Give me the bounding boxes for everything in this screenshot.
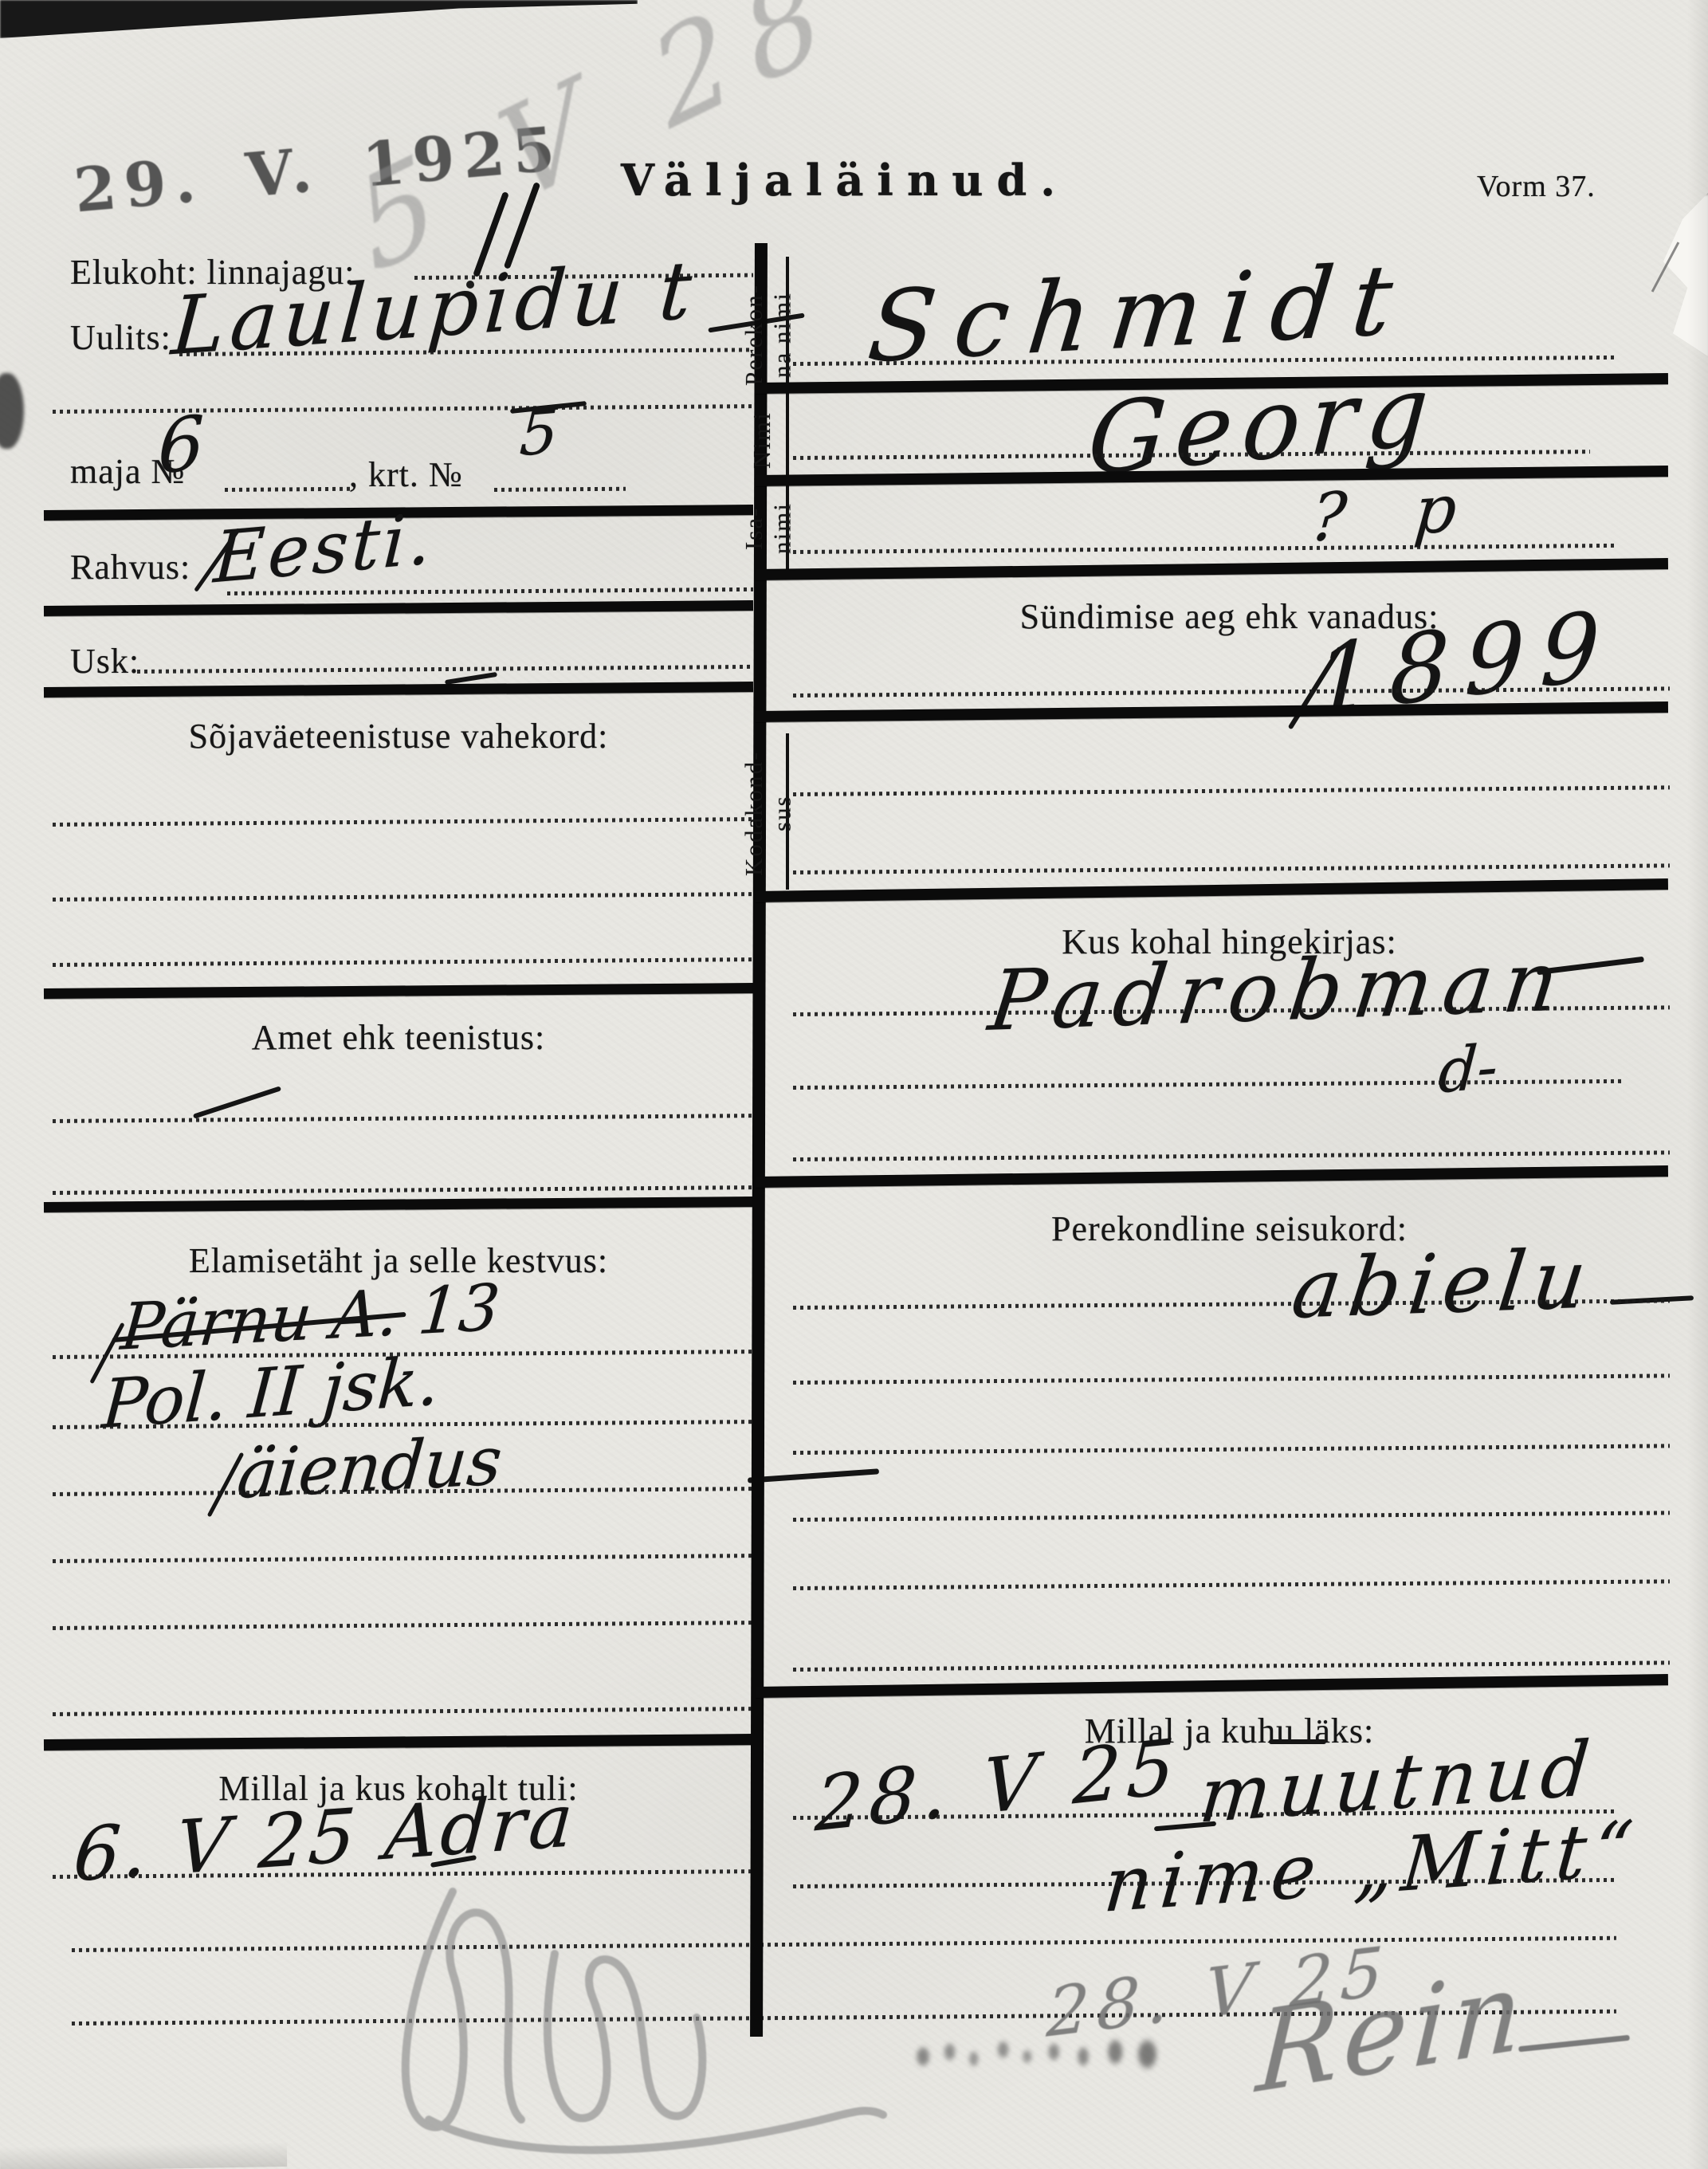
rule-thick [756, 701, 1668, 722]
patronymic-label: Isa- nimi [740, 488, 797, 569]
rule-thick [44, 600, 753, 616]
rule-thick [44, 1196, 753, 1212]
occupation-label: Amet ehk teenistus: [44, 1017, 753, 1058]
ink-upstroke-mark [193, 1086, 281, 1118]
dotted-line [53, 1114, 753, 1123]
dotted-line [53, 1621, 753, 1630]
dotted-line [53, 957, 753, 967]
dotted-line [137, 665, 753, 674]
signature-flourish [1518, 2035, 1630, 2053]
dotted-line [793, 1579, 1670, 1590]
page-title: Väljaläinud. [550, 155, 1140, 206]
rule-thick [756, 558, 1668, 580]
document-page: 29. V. 1925 5 V 28 Väljaläinud. Vorm 37.… [0, 0, 1708, 2169]
house-number-value: 6 [157, 399, 205, 491]
rule-thick [44, 1734, 753, 1751]
dotted-line [53, 1707, 753, 1716]
right-edge-shade [1687, 0, 1708, 2169]
bottom-left-edge-shade [0, 2142, 287, 2169]
dotted-line [793, 785, 1670, 796]
dotted-line [793, 1079, 1622, 1090]
nationality-label: Rahvus: [70, 547, 190, 587]
military-service-label: Sõjaväeteenistuse vahekord: [44, 716, 753, 756]
rule-thick [44, 682, 753, 697]
dotted-line [225, 487, 352, 492]
flat-number-label: , krt. № [349, 454, 463, 495]
parish-registry-value2: d- [1436, 1030, 1500, 1106]
street-label: Uulits: [70, 317, 171, 358]
rule-thick [756, 1165, 1668, 1188]
dotted-line [793, 1150, 1670, 1161]
scan-top-edge-shadow [0, 0, 638, 38]
paper-tear-crease [1651, 242, 1680, 292]
paper-tear-right [1659, 193, 1708, 356]
dotted-line [53, 817, 753, 827]
family-status-value: abielu [1287, 1232, 1600, 1338]
dotted-line [793, 863, 1670, 874]
dotted-line [793, 1511, 1670, 1522]
dotted-line [793, 1660, 1670, 1672]
citizenship-label: Kodakond- sus [740, 733, 797, 893]
rule-thick [756, 878, 1668, 902]
scan-left-edge-mark [0, 373, 24, 449]
religion-label: Usk: [70, 641, 139, 682]
dotted-line [53, 1554, 753, 1563]
form-number: Vorm 37. [1477, 169, 1596, 204]
dotted-line [53, 404, 753, 414]
rule-thick [756, 1674, 1668, 1698]
rule-thick [44, 983, 753, 999]
line3-trailing-dash [748, 1468, 879, 1483]
pencil-paraph-signature [373, 1877, 899, 2169]
dotted-line [494, 487, 626, 492]
residence-permit-line3: äiendus [234, 1421, 505, 1514]
departure-line2-value: nime „Mitt“ [1101, 1805, 1644, 1930]
flat-number-value: 5 [518, 395, 560, 470]
dotted-line [793, 1444, 1670, 1455]
dotted-line [793, 544, 1618, 554]
firstname-label: Nimi [748, 403, 795, 478]
dotted-line [793, 1373, 1670, 1385]
dotted-line [53, 892, 753, 902]
dotted-line [53, 1185, 753, 1195]
patronymic-value: ? p [1308, 469, 1483, 557]
